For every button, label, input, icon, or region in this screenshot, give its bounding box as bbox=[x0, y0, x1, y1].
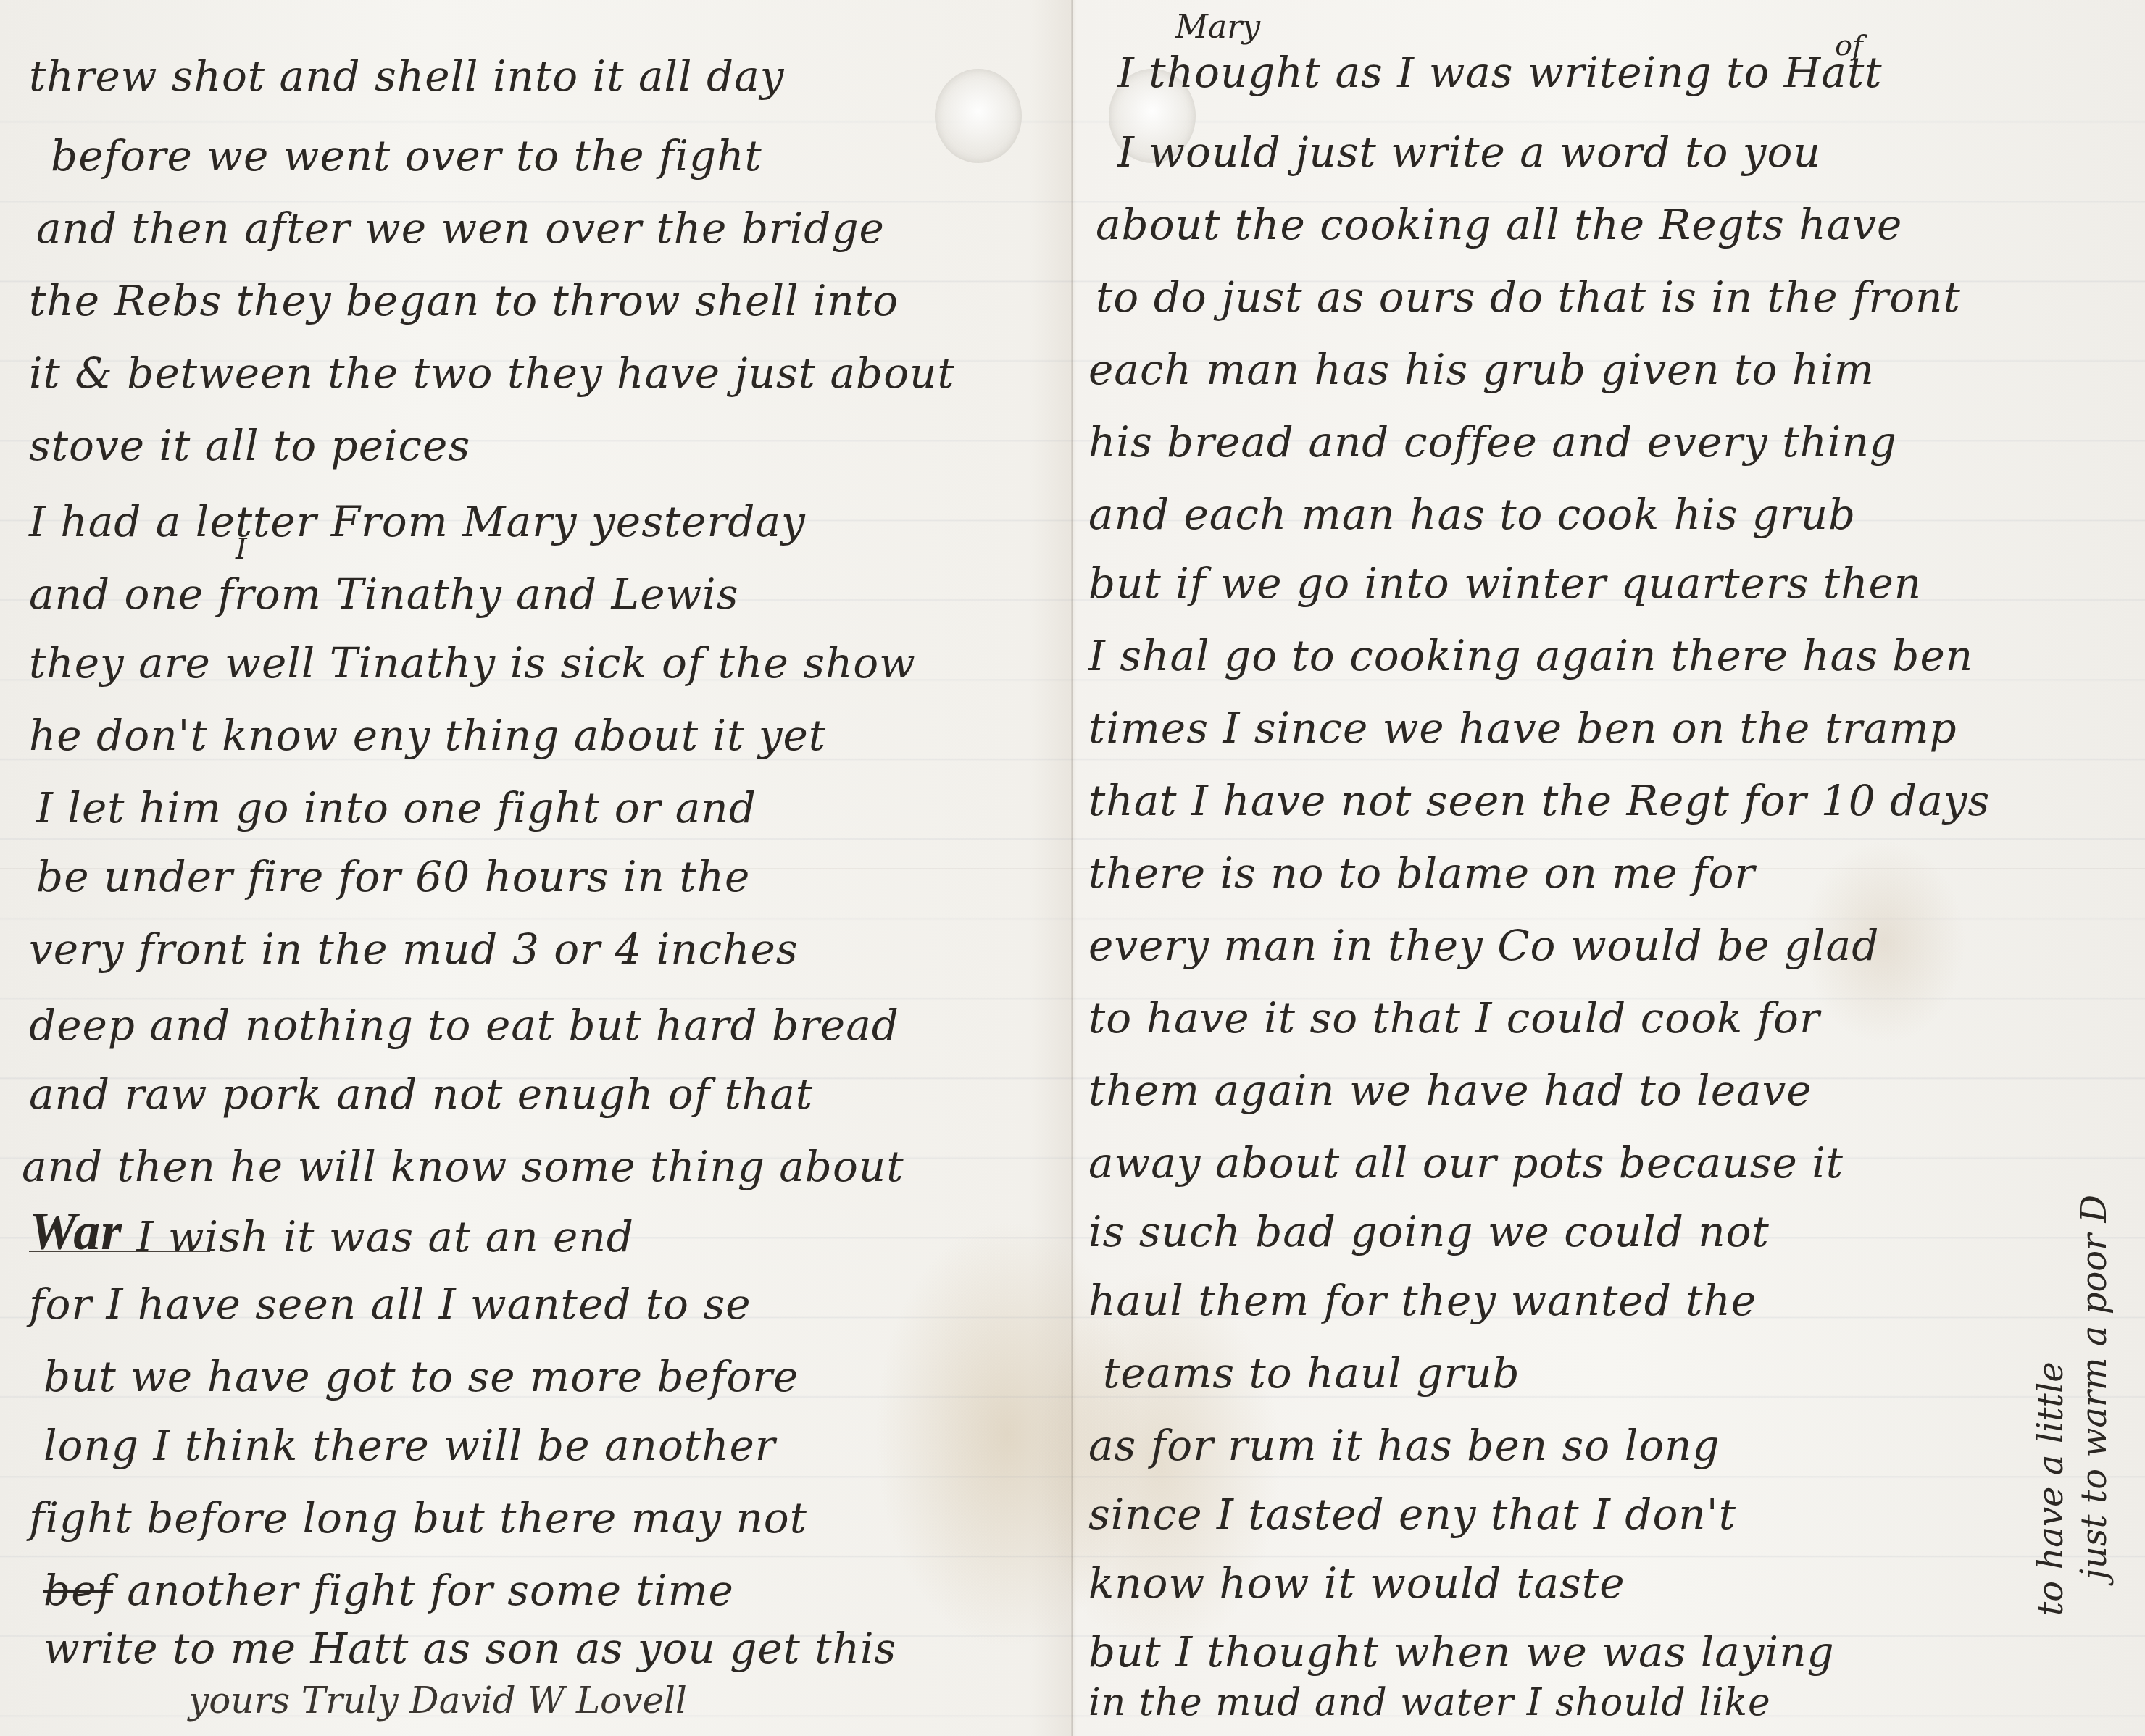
right-line-4: to do just as ours do that is in the fro… bbox=[1096, 272, 1961, 322]
left-line-15: and raw pork and not enugh of that bbox=[29, 1069, 813, 1119]
left-line-5: it & between the two they have just abou… bbox=[29, 348, 955, 398]
center-fold bbox=[1071, 0, 1073, 1736]
right-line-20: as for rum it has ben so long bbox=[1088, 1420, 1720, 1471]
left-line-10: he don't know eny thing about it yet bbox=[29, 710, 826, 761]
left-line-12: be under fire for 60 hours in the bbox=[36, 851, 750, 902]
right-line-22: know how it would taste bbox=[1088, 1558, 1625, 1608]
right-line-2: I would just write a word to you bbox=[1117, 127, 1821, 178]
right-page: Mary of I thought as I was writeing to H… bbox=[1074, 0, 2145, 1736]
right-line-1: I thought as I was writeing to Hatt bbox=[1117, 47, 1883, 98]
right-line-23: but I thought when we was laying bbox=[1088, 1627, 1835, 1677]
margin-note-line-2: just to warm a poor D bbox=[2073, 1195, 2116, 1579]
right-line-16: away about all our pots because it bbox=[1088, 1138, 1844, 1188]
right-line-10: times I since we have ben on the tramp bbox=[1088, 703, 1957, 754]
left-line-21: fight before long but there may not bbox=[29, 1493, 807, 1543]
right-line-19: teams to haul grub bbox=[1103, 1348, 1520, 1398]
right-line-12: there is no to blame on me for bbox=[1088, 848, 1755, 898]
left-insertion-mark: I bbox=[236, 533, 247, 566]
left-line-16: and then he will know some thing about bbox=[22, 1141, 904, 1192]
right-line-7: and each man has to cook his grub bbox=[1088, 489, 1856, 540]
left-line-7: I had a letter From Mary yesterday bbox=[29, 496, 806, 547]
left-line-3: and then after we wen over the bridge bbox=[36, 203, 885, 254]
right-line-5: each man has his grub given to him bbox=[1088, 344, 1875, 395]
right-line-15: them again we have had to leave bbox=[1088, 1065, 1812, 1116]
right-line-24: in the mud and water I should like bbox=[1088, 1677, 1771, 1728]
salutation-mary: Mary bbox=[1175, 9, 1260, 46]
left-line-22-remainder: another fight for some time bbox=[113, 1566, 734, 1615]
right-line-18: haul them for they wanted the bbox=[1088, 1275, 1757, 1326]
right-line-14: to have it so that I could cook for bbox=[1088, 993, 1820, 1043]
right-line-8: but if we go into winter quarters then bbox=[1088, 558, 1922, 609]
right-line-21: since I tasted eny that I don't bbox=[1088, 1489, 1736, 1540]
left-line-20: long I think there will be another bbox=[43, 1420, 776, 1471]
left-line-6: stove it all to peices bbox=[29, 420, 470, 471]
margin-note-line-1: to have a little bbox=[2029, 1361, 2073, 1616]
left-page: threw shot and shell into it all day bef… bbox=[0, 0, 1071, 1736]
left-line-19: but we have got to se more before bbox=[43, 1351, 799, 1402]
left-line-18: for I have seen all I wanted to se bbox=[29, 1279, 751, 1330]
left-line-13: very front in the mud 3 or 4 inches bbox=[29, 924, 799, 975]
left-line-8: and one from Tinathy and Lewis bbox=[29, 569, 738, 619]
left-line-17-text: War I wish it was at an end bbox=[29, 1209, 634, 1262]
left-line-17-remainder: I wish it was at an end bbox=[137, 1212, 634, 1261]
right-line-6: his bread and coffee and every thing bbox=[1088, 417, 1897, 467]
left-line-2: before we went over to the fight bbox=[51, 130, 762, 181]
left-line-14: deep and nothing to eat but hard bread bbox=[29, 1000, 899, 1051]
left-line-22: bef another fight for some time bbox=[43, 1565, 734, 1616]
right-line-9: I shal go to cooking again there has ben bbox=[1088, 630, 1973, 681]
left-line-23: write to me Hatt as son as you get this bbox=[43, 1623, 896, 1674]
right-line-11: that I have not seen the Regt for 10 day… bbox=[1088, 775, 1990, 826]
struck-text: bef bbox=[43, 1566, 113, 1615]
right-line-13: every man in they Co would be glad bbox=[1088, 920, 1879, 971]
left-line-4: the Rebs they began to throw shell into bbox=[29, 275, 899, 326]
right-line-3: about the cooking all the Regts have bbox=[1096, 199, 1902, 250]
letter-spread: threw shot and shell into it all day bef… bbox=[0, 0, 2145, 1736]
right-line-17: is such bad going we could not bbox=[1088, 1206, 1770, 1257]
left-line-9: they are well Tinathy is sick of the sho… bbox=[29, 638, 916, 688]
left-line-1: threw shot and shell into it all day bbox=[29, 51, 785, 101]
left-line-11: I let him go into one fight or and bbox=[36, 783, 757, 833]
war-underline bbox=[29, 1251, 210, 1252]
signature: yours Truly David W Lovell bbox=[188, 1679, 687, 1722]
